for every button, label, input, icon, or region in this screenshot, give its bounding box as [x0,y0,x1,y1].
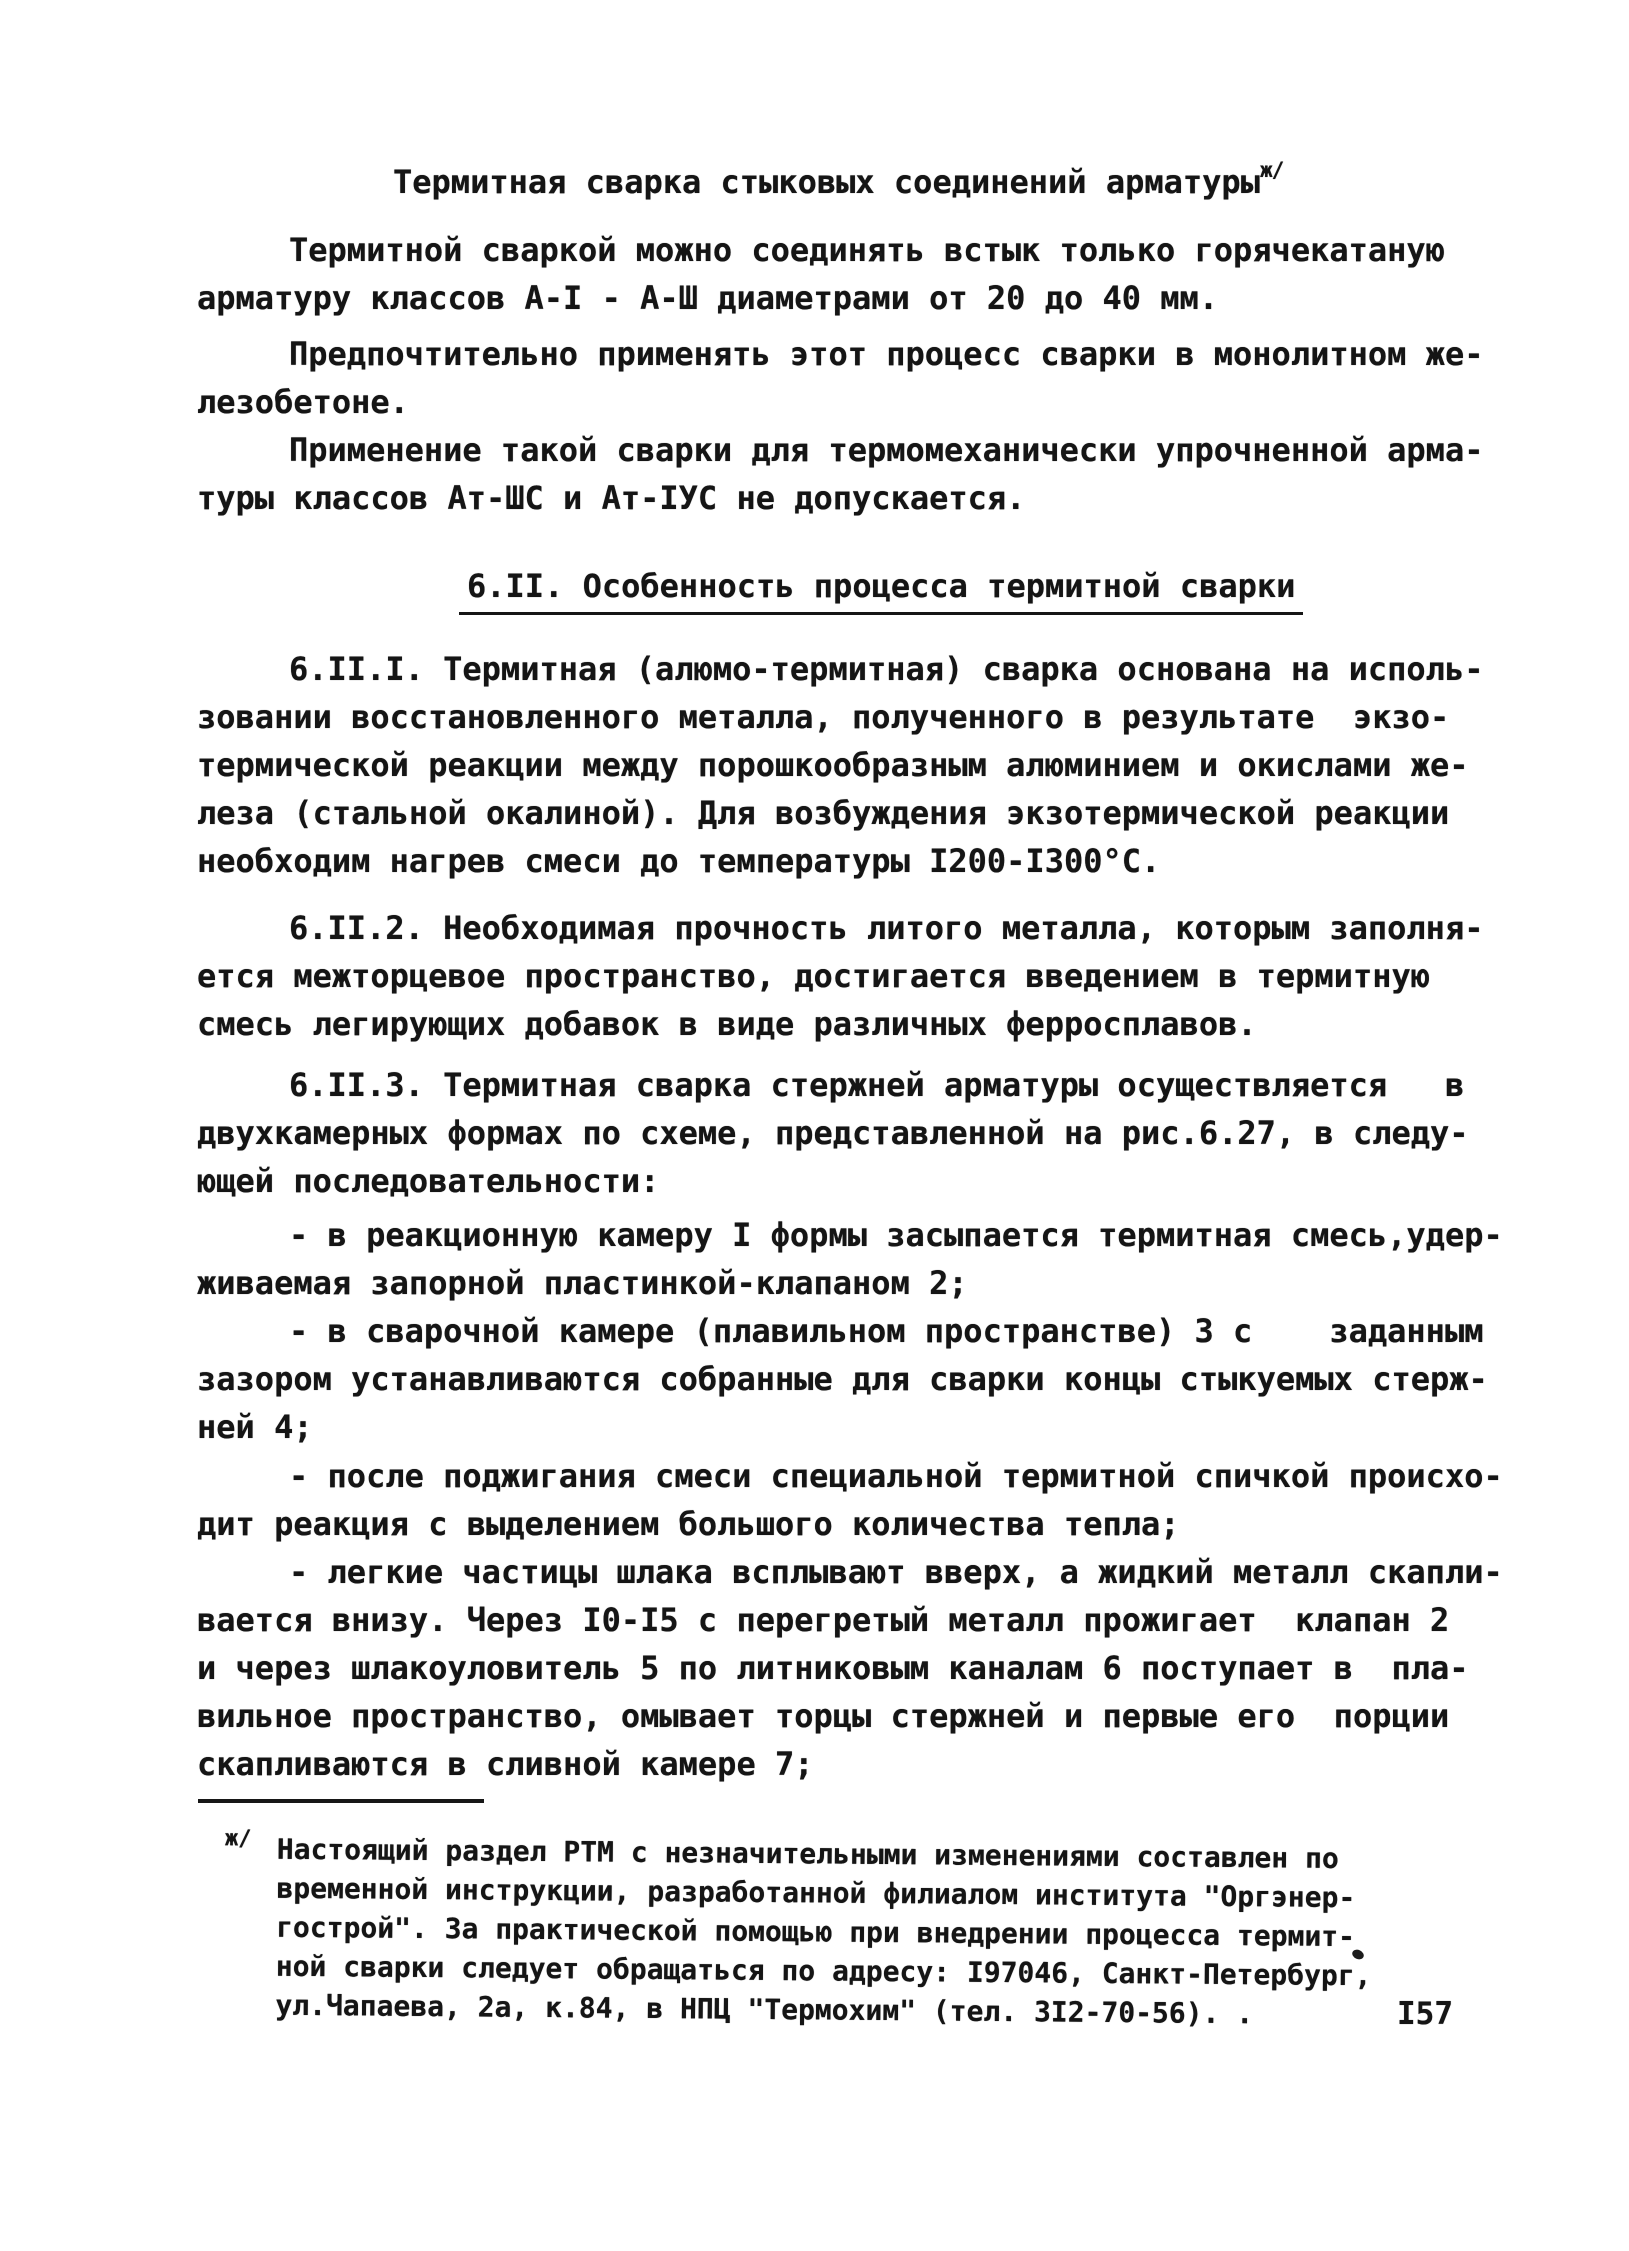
text-line: лезобетоне. [197,378,1527,426]
text-line: вильное пространство, омывает торцы стер… [197,1692,1527,1740]
text-line: - в реакционную камеру I формы засыпаетс… [197,1211,1527,1259]
section-heading-text: 6.II. Особенность процесса термитной сва… [459,562,1303,615]
footnote-divider [198,1799,484,1803]
text-line: необходим нагрев смеси до температуры I2… [197,837,1527,885]
text-line: скапливаются в сливной камере 7; [197,1740,1527,1788]
list-item-1: - в реакционную камеру I формы засыпаетс… [197,1211,1527,1307]
paragraph-6-11-3: 6.II.3. Термитная сварка стержней армату… [197,1061,1527,1205]
text-line: смесь легирующих добавок в виде различны… [197,1000,1527,1048]
text-line: ней 4; [197,1403,1527,1451]
footnote-text: Настоящий раздел РТМ с незначительными и… [275,1830,1527,2036]
text-line: живаемая запорной пластинкой-клапаном 2; [197,1259,1527,1307]
text-line: вается внизу. Через I0-I5 с перегретый м… [197,1596,1527,1644]
list-item-4: - легкие частицы шлака всплывают вверх, … [197,1548,1527,1788]
paragraph-6-11-1: 6.II.I. Термитная (алюмо-термитная) свар… [197,645,1527,885]
text-line: зазором устанавливаются собранные для св… [197,1355,1527,1403]
text-line: - после поджигания смеси специальной тер… [197,1452,1527,1500]
paragraph-intro-1: Термитной сваркой можно соединять встык … [197,226,1527,322]
document-title-text: Термитная сварка стыковых соединений арм… [393,163,1260,201]
text-line: 6.II.2. Необходимая прочность литого мет… [197,904,1527,952]
footnote: ж/ Настоящий раздел РТМ с незначительным… [195,1829,1527,2036]
text-line: - легкие частицы шлака всплывают вверх, … [197,1548,1527,1596]
section-heading: 6.II. Особенность процесса термитной сва… [459,562,1527,615]
paragraph-intro-3: Применение такой сварки для термомеханич… [197,426,1527,522]
text-line: леза (стальной окалиной). Для возбуждени… [197,789,1527,837]
text-line: ющей последовательности: [197,1157,1527,1205]
text-line: дит реакция с выделением большого количе… [197,1500,1527,1548]
text-line: термической реакции между порошкообразны… [197,741,1527,789]
list-item-3: - после поджигания смеси специальной тер… [197,1452,1527,1548]
text-line: зовании восстановленного металла, получе… [197,693,1527,741]
list-item-2: - в сварочной камере (плавильном простра… [197,1307,1527,1451]
paragraph-6-11-2: 6.II.2. Необходимая прочность литого мет… [197,904,1527,1048]
text-line: Предпочтительно применять этот процесс с… [197,330,1527,378]
text-line: Термитной сваркой можно соединять встык … [197,226,1527,274]
text-line: арматуру классов А-I - А-Ш диаметрами от… [197,274,1527,322]
text-line: 6.II.I. Термитная (алюмо-термитная) свар… [197,645,1527,693]
text-line: и через шлакоуловитель 5 по литниковым к… [197,1644,1527,1692]
title-footnote-marker: ж/ [1260,158,1283,182]
page-number: I57 [1397,1996,1453,2032]
text-line: 6.II.3. Термитная сварка стержней армату… [197,1061,1527,1109]
text-line: туры классов Ат-ШС и Ат-IУС не допускает… [197,474,1527,522]
ink-speck [878,252,882,256]
footnote-marker: ж/ [225,1819,252,1858]
page-content: Термитная сварка стыковых соединений арм… [197,0,1527,2024]
document-title: Термитная сварка стыковых соединений арм… [393,146,1527,206]
text-line: - в сварочной камере (плавильном простра… [197,1307,1527,1355]
scanned-document-page: Термитная сварка стыковых соединений арм… [0,0,1629,2251]
paragraph-intro-2: Предпочтительно применять этот процесс с… [197,330,1527,426]
text-line: двухкамерных формах по схеме, представле… [197,1109,1527,1157]
text-line: Применение такой сварки для термомеханич… [197,426,1527,474]
text-line: ется межторцевое пространство, достигает… [197,952,1527,1000]
